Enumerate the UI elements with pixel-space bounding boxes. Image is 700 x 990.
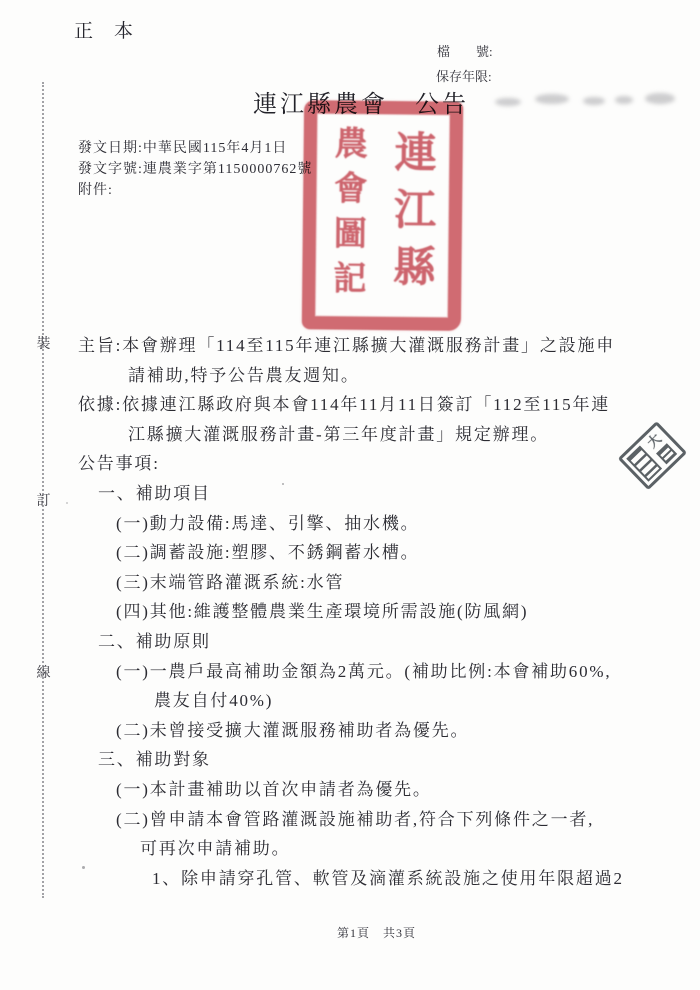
body-line: 請補助,特予公告農友週知。	[0, 361, 700, 391]
dispatch-number: 發文字號:連農業字第1150000762號	[78, 159, 312, 180]
body-line: (一)動力設備:馬達、引擎、抽水機。	[0, 509, 700, 539]
scan-speck	[66, 502, 68, 504]
body-line: 農友自付40%)	[0, 686, 700, 716]
body-line: 二、補助原則	[0, 627, 700, 657]
dispatch-meta-block: 發文日期:中華民國115年4月1日 發文字號:連農業字第1150000762號 …	[78, 138, 312, 201]
body-line: (三)末端管路灌溉系統:水管	[0, 568, 700, 598]
agency-seal-text: 農會圖記 連江縣	[323, 119, 442, 311]
copy-type-label: 正 本	[74, 16, 134, 43]
body-line: 可再次申請補助。	[0, 834, 700, 864]
file-number-label: 檔 號:	[437, 41, 493, 60]
retention-period-label: 保存年限:	[436, 66, 492, 85]
announcement-body: 主旨:本會辦理「114至115年連江縣擴大灌溉服務計畫」之設施申請補助,特予公告…	[0, 331, 700, 893]
page-number: 第1頁 共3頁	[337, 924, 416, 941]
document-page: 正 本 檔 號: 保存年限: 連江縣農會 公告 發文日期:中華民國115年4月1…	[0, 0, 700, 990]
body-line: 公告事項:	[0, 449, 700, 479]
body-line: 一、補助項目	[0, 479, 700, 509]
body-line: 依據:依據連江縣政府與本會114年11月11日簽訂「112至115年連	[0, 390, 700, 420]
body-line: 主旨:本會辦理「114至115年連江縣擴大灌溉服務計畫」之設施申	[0, 331, 700, 361]
body-line: (二)曾申請本會管路灌溉設施補助者,符合下列條件之一者,	[0, 805, 700, 835]
body-line: 江縣擴大灌溉服務計畫-第三年度計畫」規定辦理。	[0, 420, 700, 450]
body-line: (二)調蓄設施:塑膠、不銹鋼蓄水槽。	[0, 538, 700, 568]
body-line: 1、除申請穿孔管、軟管及滴灌系統設施之使用年限超過2	[0, 864, 700, 894]
body-line: (一)本計畫補助以首次申請者為優先。	[0, 775, 700, 805]
agency-seal-stamp: 農會圖記 連江縣	[302, 100, 463, 331]
faint-pencil-marks	[487, 92, 682, 110]
body-line: (一)一農戶最高補助金額為2萬元。(補助比例:本會補助60%,	[0, 657, 700, 687]
dispatch-date: 發文日期:中華民國115年4月1日	[78, 138, 312, 159]
body-line: 三、補助對象	[0, 745, 700, 775]
scan-speck	[82, 866, 85, 869]
scan-speck	[282, 483, 284, 485]
body-line: (二)未曾接受擴大灌溉服務補助者為優先。	[0, 716, 700, 746]
attachment-label: 附件:	[78, 180, 312, 201]
body-line: (四)其他:維護整體農業生產環境所需設施(防風網)	[0, 597, 700, 627]
seal-column-left: 農會圖記	[323, 125, 372, 305]
seal-column-right: 連江縣	[380, 130, 442, 302]
